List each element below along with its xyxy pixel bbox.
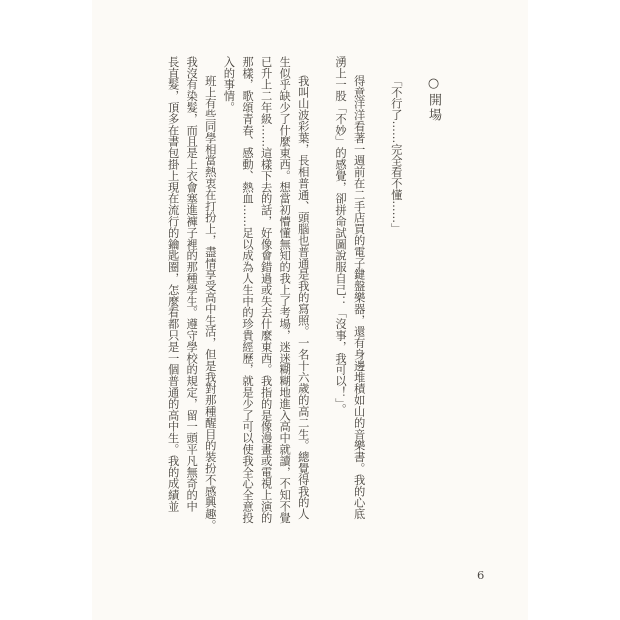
text-line: 得意洋洋看著一週前在二手店買的電子鍵盤樂器，還有身邊堆積如山的音樂書。我的心底 (349, 56, 368, 520)
text-line: 入的事情。 (219, 56, 238, 113)
text-line: 長直髮，頂多在書包掛上現在流行的鑰匙圈，怎麼看都只是一個普通的高中生。我的成績並 (163, 56, 182, 512)
screenshot-canvas: ○開場「不行了……完全看不懂……」得意洋洋看著一週前在二手店買的電子鍵盤樂器，還… (0, 0, 620, 620)
text-line: 「不行了……完全看不懂……」 (386, 56, 405, 235)
text-line: 班上有些同學相當熱衷在打扮上，盡情享受高中生活，但是我對那種醒目的裝扮不感興趣。 (200, 56, 219, 531)
chapter-title: ○開場 (423, 56, 442, 123)
text-line: 我沒有染髮，而且是上衣會塞進褲子裡的那種學生。遵守學校的規定，留一頭平凡無奇的中 (182, 56, 201, 512)
text-line: 我叫山波彩葉，長相普通、頭腦也普通是我的寫照。一名十六歲的高二生。總覺得我的人 (293, 56, 312, 520)
book-page: ○開場「不行了……完全看不懂……」得意洋洋看著一週前在二手店買的電子鍵盤樂器，還… (92, 0, 528, 620)
text-line: 那樣，歌頌青春、感動、熱血……足以成為人生中的珍貴經歷，就是少了可以使我全心全意… (237, 56, 256, 523)
text-block: ○開場「不行了……完全看不懂……」得意洋洋看著一週前在二手店買的電子鍵盤樂器，還… (161, 56, 442, 534)
page-number: 6 (477, 568, 484, 582)
text-line: 已升上二年級……這樣下去的話，好像會錯過或失去什麼東西。我指的是像漫畫或電視上演… (256, 56, 275, 523)
text-line: 湧上一股「不妙」的感覺，卻拼命試圖說服自己：「沒事，我可以！」。 (330, 56, 349, 415)
text-line: 生似乎缺少了什麼東西。想當初懵懂無知的我上了考場，迷迷糊糊地進入高中就讀，不知不… (275, 56, 294, 523)
